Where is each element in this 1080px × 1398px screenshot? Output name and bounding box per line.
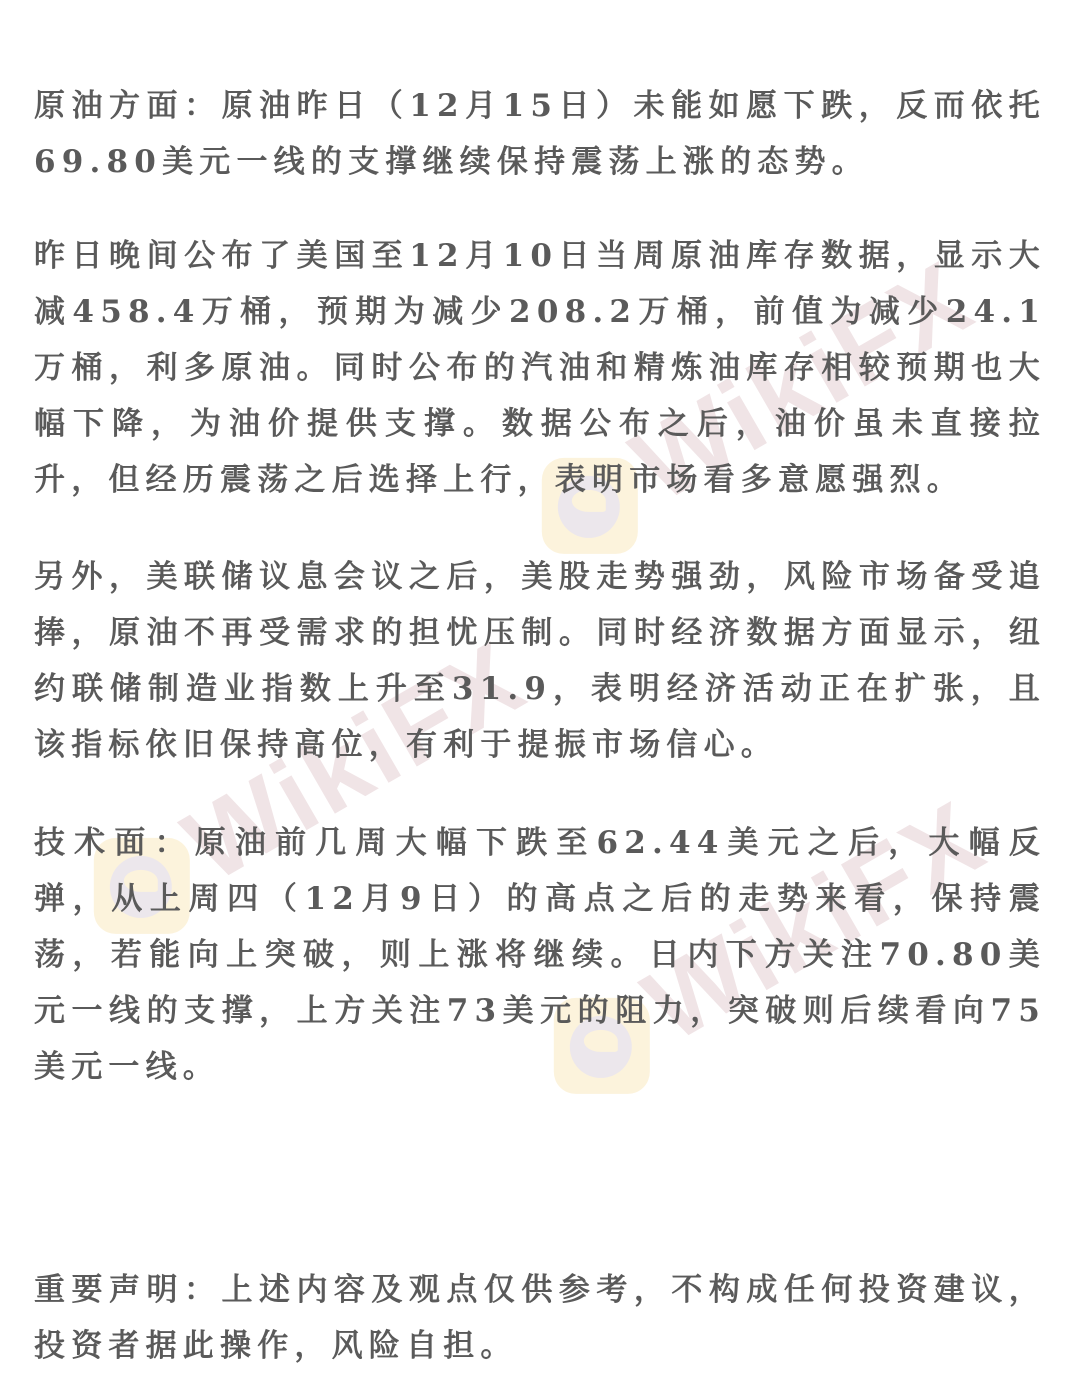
- paragraph-disclaimer: 重要声明：上述内容及观点仅供参考，不构成任何投资建议，投资者据此操作，风险自担。: [34, 1262, 1046, 1374]
- article-page: 原油方面：原油昨日（12月15日）未能如愿下跌，反而依托69.80美元一线的支撑…: [0, 0, 1080, 1398]
- paragraph-inventory-data: 昨日晚间公布了美国至12月10日当周原油库存数据，显示大减458.4万桶，预期为…: [34, 228, 1046, 508]
- paragraph-crude-oil-overview: 原油方面：原油昨日（12月15日）未能如愿下跌，反而依托69.80美元一线的支撑…: [34, 78, 1046, 190]
- paragraph-fed-meeting: 另外，美联储议息会议之后，美股走势强劲，风险市场备受追捧，原油不再受需求的担忧压…: [34, 549, 1046, 773]
- paragraph-technical-analysis: 技术面：原油前几周大幅下跌至62.44美元之后，大幅反弹，从上周四（12月9日）…: [34, 815, 1046, 1095]
